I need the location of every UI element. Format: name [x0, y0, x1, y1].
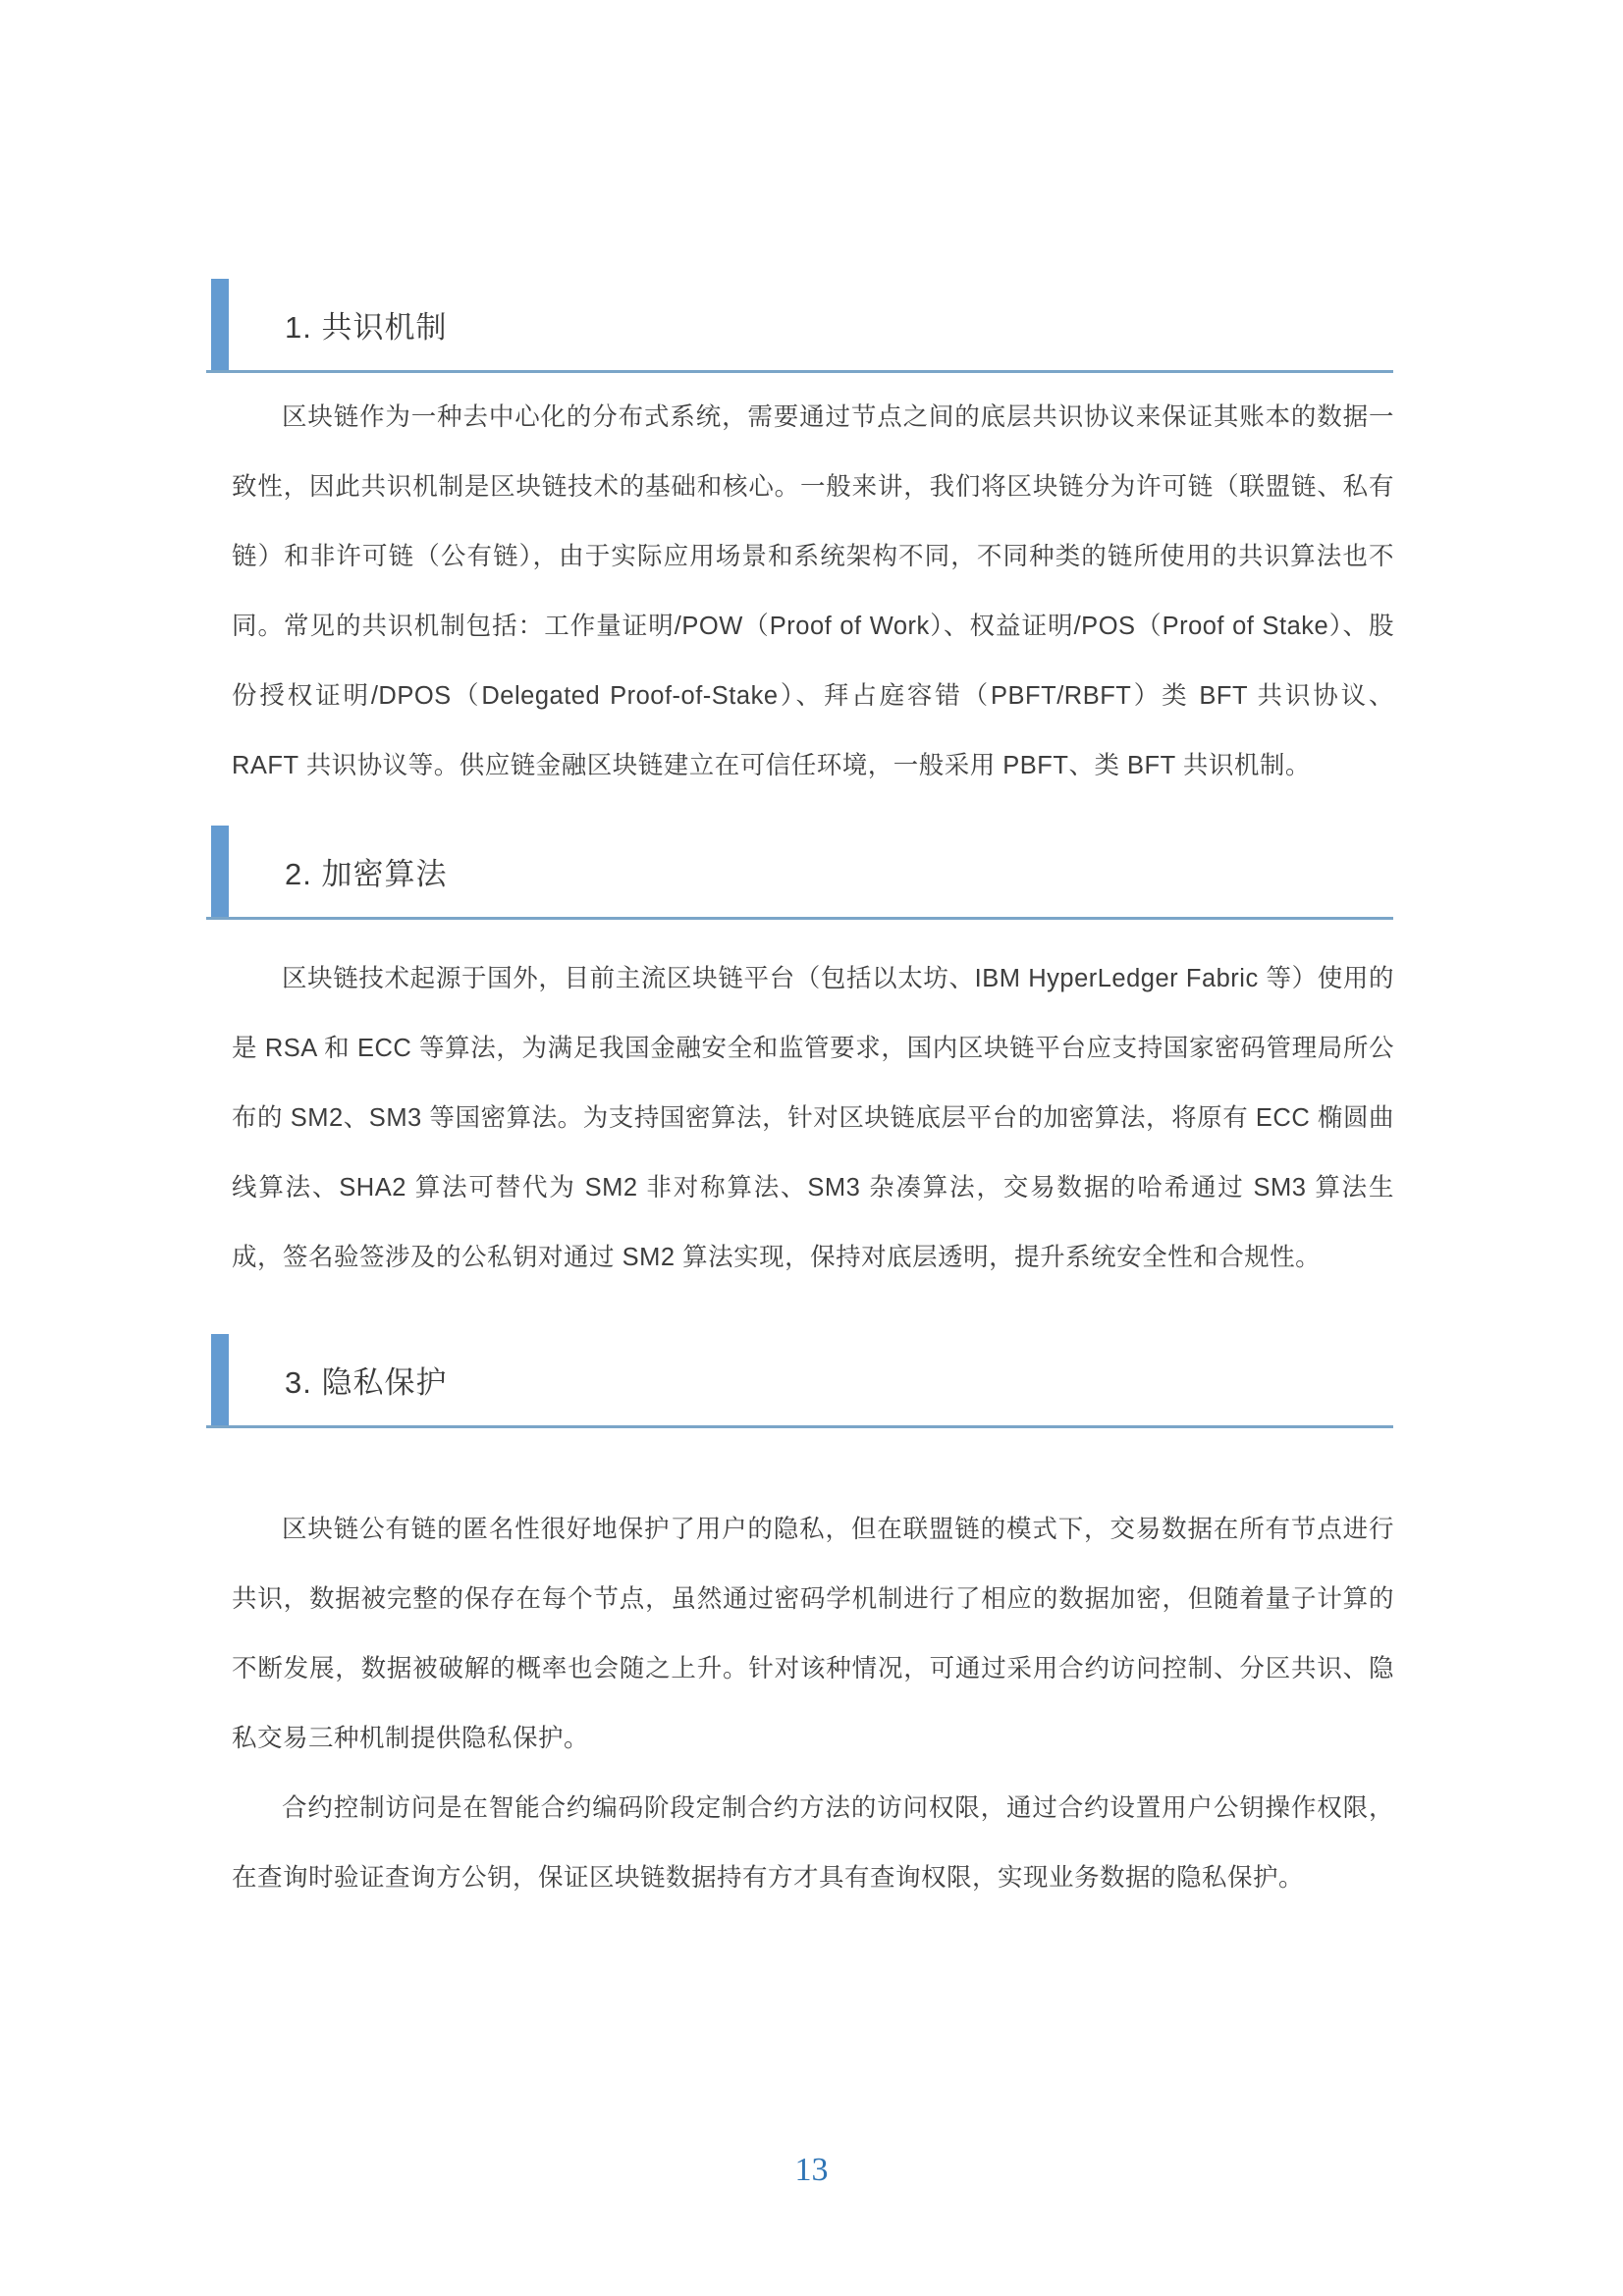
section-3-paragraph-2: 合约控制访问是在智能合约编码阶段定制合约方法的访问权限，通过合约设置用户公钥操作… [232, 1774, 1394, 1913]
page-number: 13 [0, 2152, 1623, 2189]
page: 1. 共识机制 区块链作为一种去中心化的分布式系统，需要通过节点之间的底层共识协… [0, 0, 1623, 2296]
document-page: { "page": { "number": "13", "background_… [0, 0, 1623, 2296]
section-consensus-mechanism: 1. 共识机制 区块链作为一种去中心化的分布式系统，需要通过节点之间的底层共识协… [232, 279, 1394, 801]
section-3-title: 3. 隐私保护 [285, 1358, 447, 1402]
section-2-title: 2. 加密算法 [285, 849, 447, 893]
section-encryption-algorithm: 2. 加密算法 区块链技术起源于国外，目前主流区块链平台（包括以太坊、IBM H… [232, 826, 1394, 1293]
section-3-paragraph-1: 区块链公有链的匿名性很好地保护了用户的隐私，但在联盟链的模式下，交易数据在所有节… [232, 1495, 1394, 1774]
page-content: 1. 共识机制 区块链作为一种去中心化的分布式系统，需要通过节点之间的底层共识协… [232, 0, 1394, 1913]
section-2-heading-block: 2. 加密算法 [206, 826, 1393, 920]
heading-accent-bar [211, 279, 229, 370]
section-1-paragraph: 区块链作为一种去中心化的分布式系统，需要通过节点之间的底层共识协议来保证其账本的… [232, 383, 1394, 801]
section-3-heading-block: 3. 隐私保护 [206, 1334, 1393, 1428]
section-1-title: 1. 共识机制 [285, 302, 447, 347]
section-1-heading-block: 1. 共识机制 [206, 279, 1393, 373]
heading-accent-bar [211, 826, 229, 917]
section-privacy-protection: 3. 隐私保护 区块链公有链的匿名性很好地保护了用户的隐私，但在联盟链的模式下，… [232, 1334, 1394, 1913]
heading-accent-bar [211, 1334, 229, 1425]
section-2-paragraph: 区块链技术起源于国外，目前主流区块链平台（包括以太坊、IBM HyperLedg… [232, 944, 1394, 1293]
